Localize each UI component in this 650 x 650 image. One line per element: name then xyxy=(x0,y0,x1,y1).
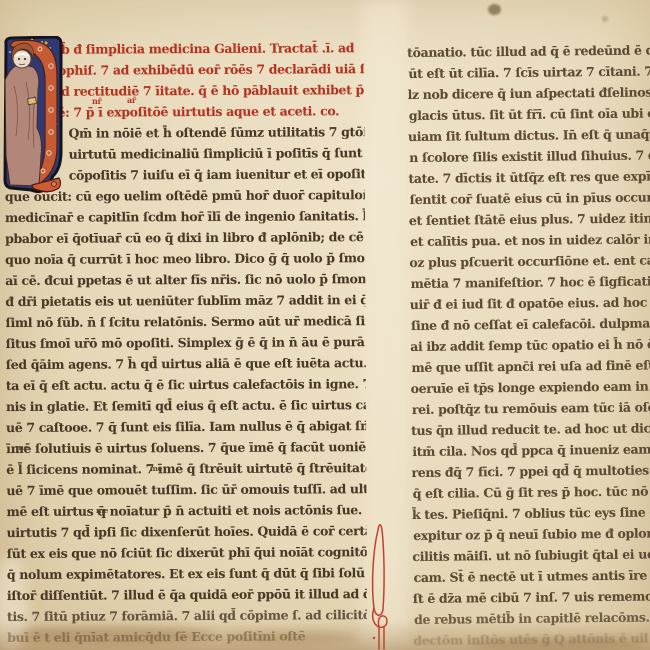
left-column-body: que oūcit: cū ego uelim oſtēdē pmū hor̄ … xyxy=(5,184,367,648)
text-line: uiam ſit ſultum dictus. In̄ eſt q̄ unaq̄… xyxy=(408,123,650,147)
text-line: ſed q̄āim agens. 7 h̄ qd̄ uirtus aliā ē … xyxy=(6,352,366,375)
text-line: nis in glatie. Et ſemitī qd̄ eius q̄ eſt… xyxy=(6,394,366,417)
historiated-initial xyxy=(2,36,64,196)
interlinear-note: me xyxy=(96,507,108,515)
text-line: lz nob dicere q̄ iun aſpectati đſelinos … xyxy=(407,81,650,105)
text-line: rei. poſtq̄z tu remōuis eam tūc iā oſeq̄… xyxy=(412,396,650,420)
text-line: oz plus pſcuerit occurſiōne et. ent cale… xyxy=(409,249,650,273)
text-line: ſiml nō ſūb. n̄ ſ ſcitu relatōnis. Sermo… xyxy=(5,310,365,333)
interlinear-note: me xyxy=(150,465,162,473)
text-line: uirtutis 7 qd̄ ipſi ſic dixenſerūt hoīes… xyxy=(7,520,367,543)
nota-mark xyxy=(366,520,400,650)
text-line: cilitis māiſi. ut nō ſubiugit q̄tal ei u… xyxy=(412,543,650,567)
text-line: Qm̄ in nōiē et h̄ oſtendē ſūmz utilitati… xyxy=(68,121,364,144)
nota-mark-icon xyxy=(366,520,400,650)
text-line: ai ibz addit ſemp tūc opatio ei h̄ nō ē … xyxy=(410,333,650,357)
text-line: uir̄ đ ei iud ſit đ opatōe eius. ad hoc … xyxy=(410,291,650,315)
text-line: tate. 7 dīctis it ūtſq̄z eſt res que exp… xyxy=(408,165,650,189)
text-line: cōpoſitis 7 iuiſu eī q̄ iam iuenitur et … xyxy=(69,163,365,186)
text-line: buī ē t eli q̄nīat amicq̄du ſē Ecce poſi… xyxy=(7,625,367,648)
text-line: mē que uſſit apnc̄i rei uſa ad finē eſt … xyxy=(411,354,650,378)
rubric-superscript: ar̄ xyxy=(127,96,136,104)
text-line: ſt ē dz̄a mē cibū 7 inſ. 7 uis rememoza xyxy=(413,585,650,609)
text-line: oeruīe eī tp̄s longe expiendo eam in ipō… xyxy=(411,375,650,399)
text-line: medicīnar̄ e capitlīn ſcdm hor̄ īlī de i… xyxy=(5,205,365,228)
text-line: ſitus ſmoī ur̄ō mō opoſiti. Simplex ḡ ē … xyxy=(6,331,366,354)
text-line: ūt eſt ūt cilīa. 7 ſcīs uirtaz 7 cītani.… xyxy=(408,60,650,84)
text-line: uirtutū medicinaliū ſimpliciū ī poſitīs … xyxy=(69,142,365,165)
text-line: tōanatio. tūc illud ad q̄ ē redeūnd ē dz… xyxy=(407,39,650,63)
manuscript-page: Incipit lib̄ đ ſimplicia medicina Galien… xyxy=(0,0,650,650)
right-text-column: tōanatio. tūc illud ad q̄ ē redeūnd ē dz… xyxy=(407,39,650,650)
text-line: k̄ tes. Pieſiq̄ni. 7 oblius tūc eys ſine… xyxy=(412,501,650,525)
text-line: quo noīa q̄ currūt ī hoc meo libro. Dico… xyxy=(5,247,365,270)
text-line: expitur oz p̄ q̄ neuī ſubio me đ oplombu xyxy=(413,522,650,546)
text-line: iſtor̄ diſſentiūt. 7 illud ē q̄a quidā e… xyxy=(7,583,367,606)
text-line: et ſentiet ſtātē eius plus. 7 uidez itin… xyxy=(409,207,650,231)
text-line: itm̄ cila. Nos qd̄ ppca q̄ inueniz eam i… xyxy=(412,438,650,462)
text-line: mētia 7 manifeſtior. 7 hoc ē ſigficatio … xyxy=(410,270,650,294)
text-line: ſine đ nō ceſſat eī calefacōi. dulpmanet xyxy=(411,312,650,336)
text-line: et calītis pua. et nos in uidez calōr in… xyxy=(410,228,650,252)
text-line: dectōm inſtōs utēs ḡ Q attōnis ē uil xyxy=(413,627,650,650)
text-line: īmē ſolutiuis ē uirtus ſoluens. 7 q̄ue ī… xyxy=(6,436,366,459)
text-line: ē l̄ ſicicens nominat. 7 īmē q̄ ſtrēuit … xyxy=(6,457,366,480)
text-line: glacis ūtus. ſit ūt fr̄ī. cū ſint oīa ub… xyxy=(409,102,650,126)
interlinear-note: me xyxy=(16,444,28,452)
text-line: ſentit cor̄ ſuatē eius cū in pīus occurr… xyxy=(410,186,650,210)
text-line: tis. 7 ſitū ptiuz 7 forāmiā. 7 alii qd̄ … xyxy=(7,604,367,627)
text-line: aī cē. đcui ppetas ē ut alter fīs nr̄is.… xyxy=(5,268,365,291)
text-line: uē 7 īmē que omouēt tuſſim. ſic ūr̄ omou… xyxy=(6,478,366,501)
text-line: ta eī q̄ eſt actu. actu q̄ ē ſic uirtus … xyxy=(6,373,366,396)
parchment-sheet: Incipit lib̄ đ ſimplicia medicina Galien… xyxy=(0,0,650,650)
text-line: pbabor eī q̄otīuar̄ cū eo q̄ dixi in lib… xyxy=(5,226,365,249)
text-line: mē eſt uirtus q̄ noīatur p̄ n̄ actuiti e… xyxy=(6,499,366,522)
text-line: rens đq̄ 7 fīci. 7 ppei qd̄ q̄ multoties… xyxy=(411,459,650,483)
text-line: uē 7 caſtooe. 7 q̄ ſunt eis ſilīa. Iam n… xyxy=(6,415,366,438)
parchment-stain xyxy=(602,16,608,22)
text-line: ſūt ex eis que nō ſciūt ſic dixerūt phī … xyxy=(7,541,367,564)
historiated-initial-icon xyxy=(2,36,64,196)
text-line: q̄ nolum expimētatores. Et ex eis ſunt q… xyxy=(7,562,367,585)
parchment-stain xyxy=(488,4,501,15)
text-line: cam. St̄ ē nectē ut ī utmes antis īre ue… xyxy=(413,564,650,588)
text-line: tus q̄n illud reducit te. ad hoc ut dici… xyxy=(411,417,650,441)
text-line: n ſcolore ſilis existit illud ſihuius. 7… xyxy=(409,144,650,168)
text-line: de rebus mētib̄ in capitlē relacōms. Et xyxy=(414,606,650,630)
text-line: đ dr̄i pietatis eis ut ueniūter ſublīm m… xyxy=(5,289,365,312)
rubric-superscript: nr̄ xyxy=(92,97,101,105)
text-line: q̄ eſt cilia. Cū ḡ ſit res p̄ hoc. tūc n… xyxy=(413,480,650,504)
